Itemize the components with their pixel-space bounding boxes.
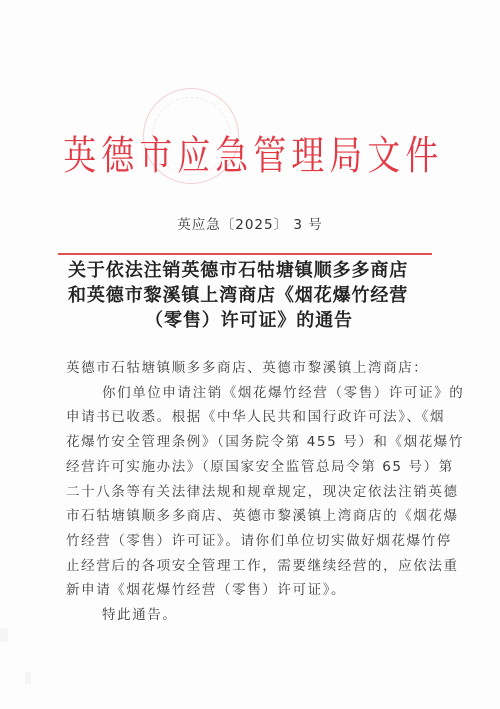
masthead-char: 管 [253,128,284,184]
body-line: 新申请《烟花爆竹经营（零售）许可证》。 [66,578,434,603]
red-divider-rule [58,253,432,255]
masthead-char: 德 [101,128,132,184]
body-line: 你们单位申请注销《烟花爆竹经营（零售）许可证》的 [66,381,434,406]
addressee-line: 英德市石牯塘镇顺多多商店、英德市黎溪镇上湾商店： [66,356,434,381]
body-line: 申请书已收悉。根据《中华人民共和国行政许可法》、《烟 [66,405,434,430]
body-line: 竹经营（零售）许可证》。请你们单位切实做好烟花爆竹停 [66,529,434,554]
scan-artifact [0,628,8,642]
masthead-char: 局 [329,128,360,184]
masthead-char: 理 [291,128,322,184]
notice-heading: 关于依法注销英德市石牯塘镇顺多多商店 和英德市黎溪镇上湾商店《烟花爆竹经营 （零… [68,258,434,333]
document-page: 英 德 市 应 急 管 理 局 文 件 英应急〔2025〕 3 号 关于依法注销… [0,0,500,709]
heading-line: 和英德市黎溪镇上湾商店《烟花爆竹经营 [68,283,434,308]
scan-artifact [25,672,31,684]
masthead-char: 文 [367,128,398,184]
masthead-title: 英 德 市 应 急 管 理 局 文 件 [60,128,436,184]
heading-line: （零售）许可证》的通告 [68,308,434,333]
masthead-char: 应 [177,128,208,184]
masthead-char: 英 [63,128,94,184]
masthead-char: 市 [139,128,170,184]
heading-line: 关于依法注销英德市石牯塘镇顺多多商店 [68,258,434,283]
body-line: 二十八条等有关法律法规和规章规定，现决定依法注销英德 [66,480,434,505]
body-line: 花爆竹安全管理条例》（国务院令第 455 号）和《烟花爆竹 [66,430,434,455]
document-number: 英应急〔2025〕 3 号 [0,213,500,233]
body-line: 经营许可实施办法》（原国家安全监管总局令第 65 号）第 [66,455,434,480]
body-line: 止经营后的各项安全管理工作，需要继续经营的，应依法重 [66,554,434,579]
body-line: 市石牯塘镇顺多多商店、英德市黎溪镇上湾商店的《烟花爆 [66,504,434,529]
masthead-char: 件 [405,128,436,184]
notice-body: 英德市石牯塘镇顺多多商店、英德市黎溪镇上湾商店： 你们单位申请注销《烟花爆竹经营… [66,356,434,628]
masthead-char: 急 [215,128,246,184]
closing-line: 特此通告。 [66,603,434,628]
